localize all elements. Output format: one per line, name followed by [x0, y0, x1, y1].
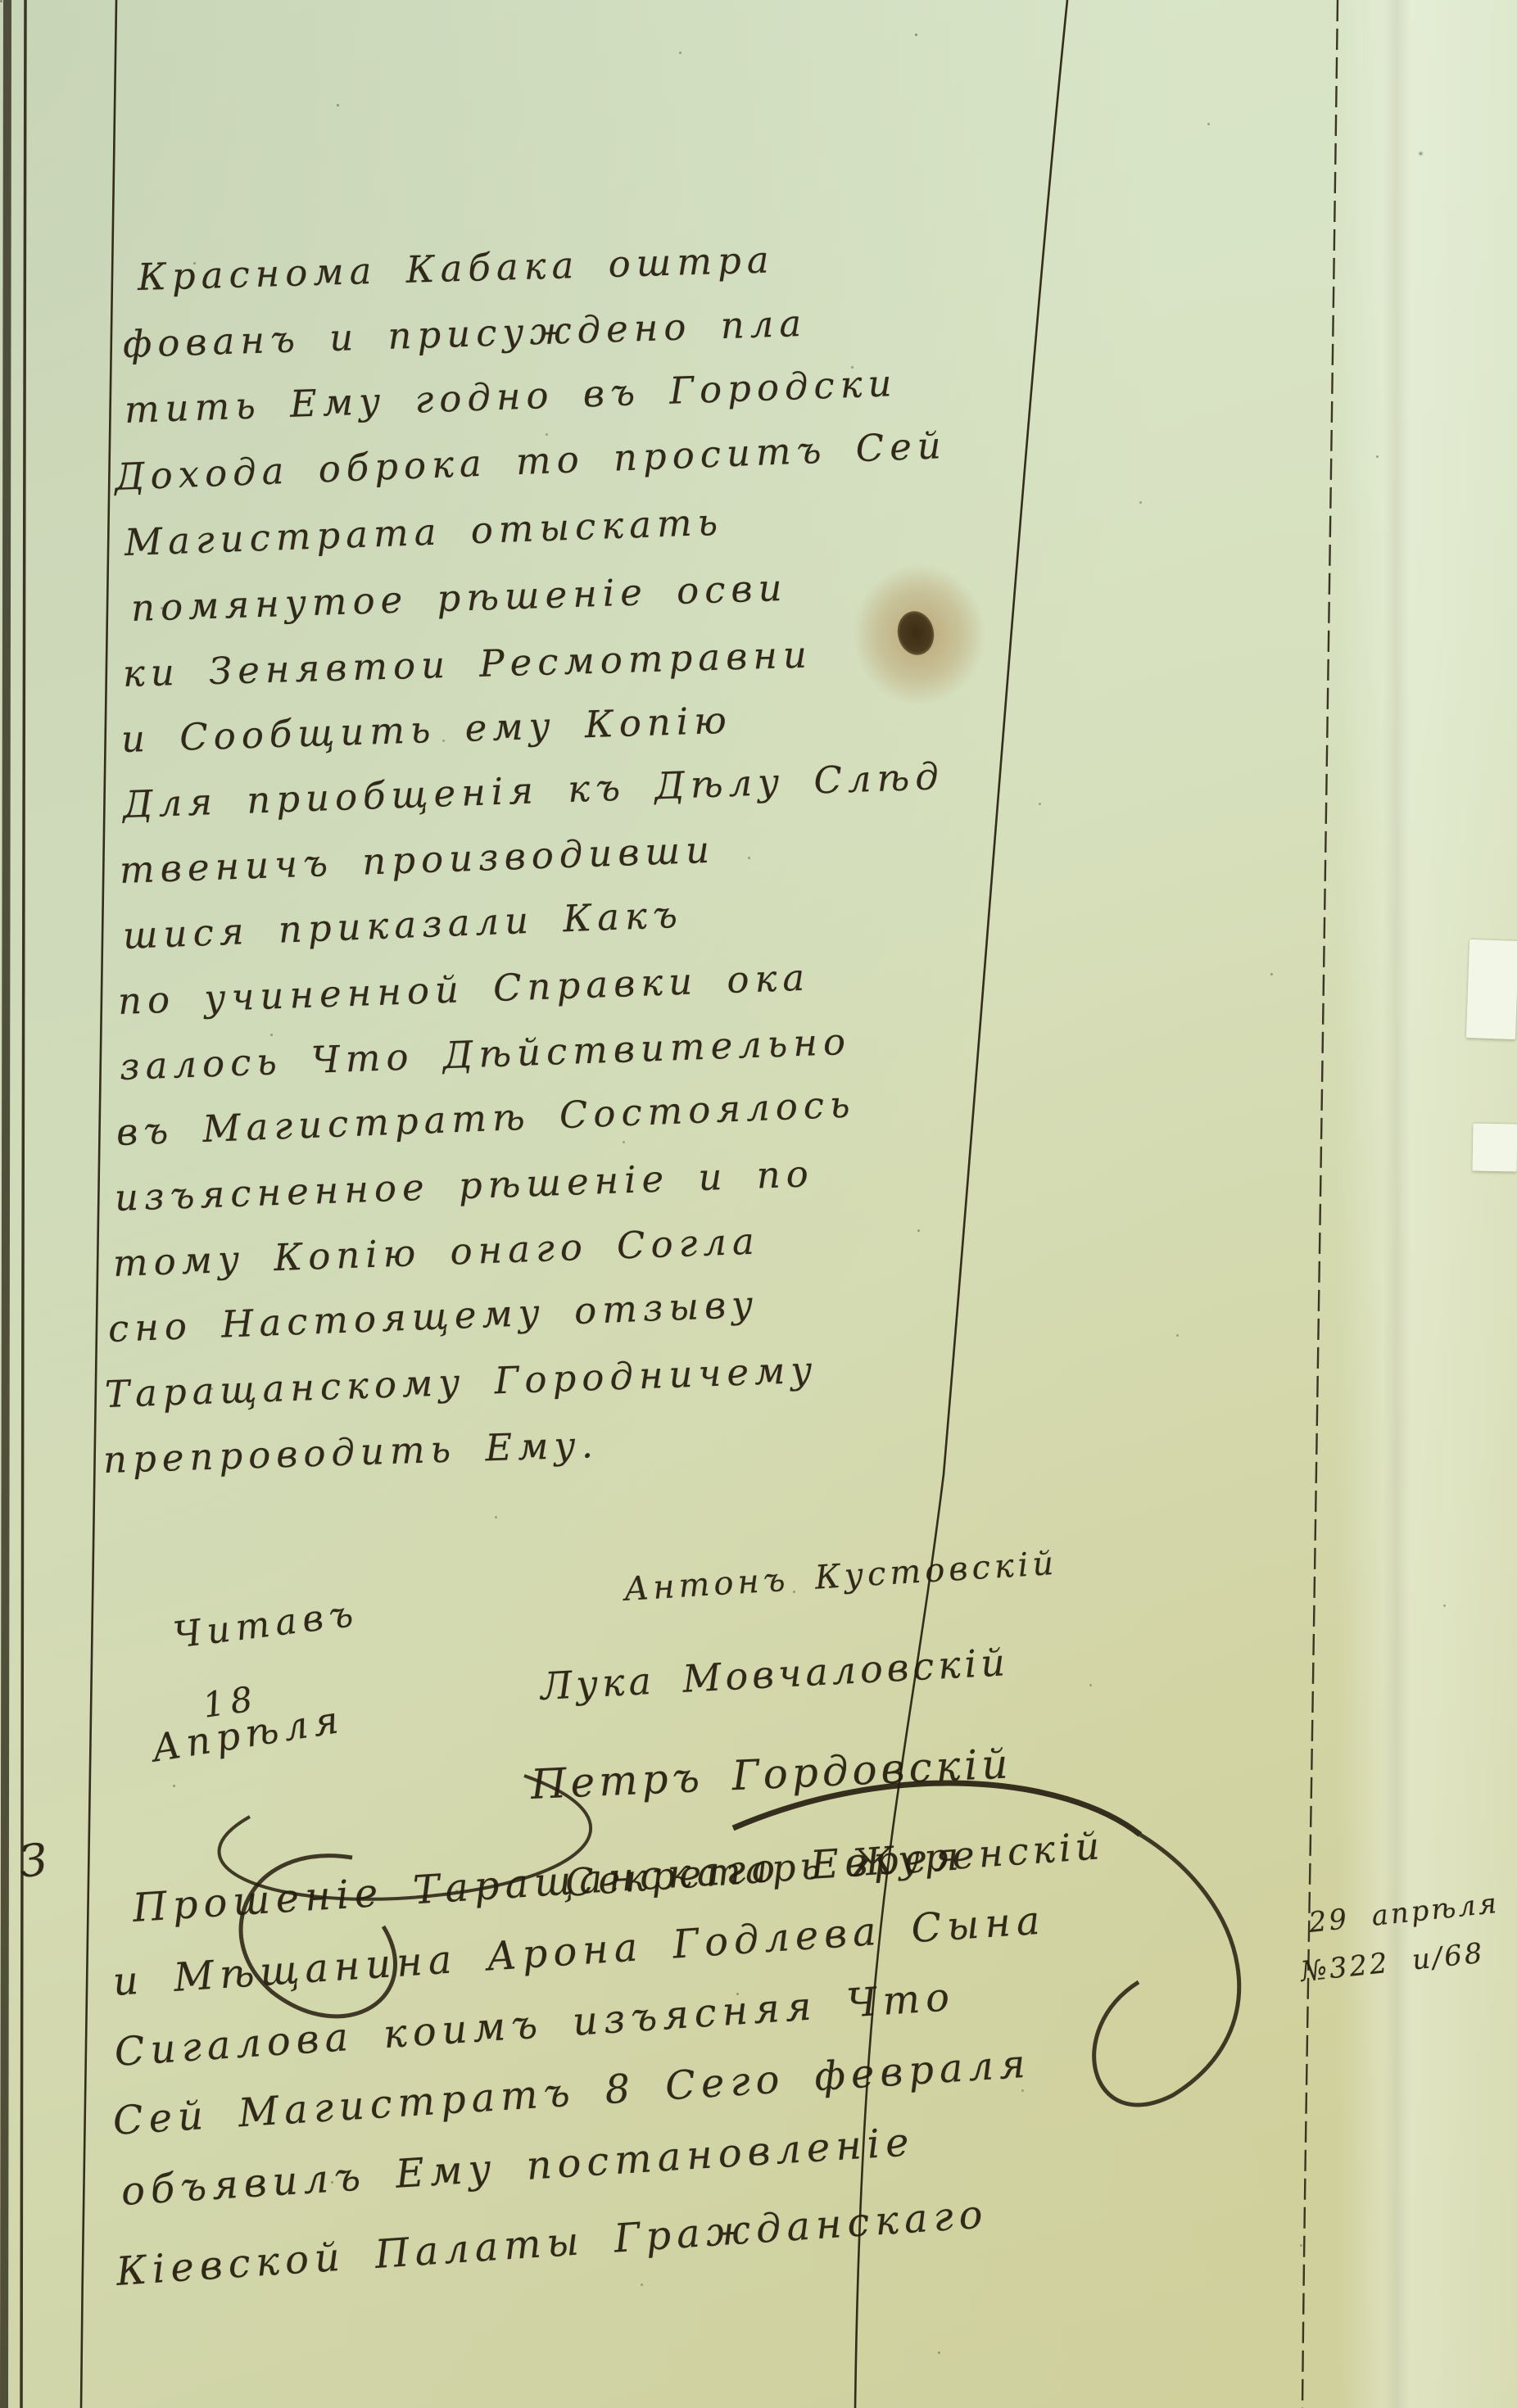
- repair-tape: [1466, 939, 1517, 1039]
- manuscript-page: Краснома Кабака оштра фованъ и присужден…: [0, 0, 1517, 2408]
- secretary-loop-stroke: [1094, 1835, 1239, 2105]
- left-page-edge-line: [4, 0, 7, 2408]
- fold-edge-line: [1302, 0, 1338, 2408]
- left-inner-line: [21, 0, 25, 2408]
- repair-tape: [1472, 1124, 1517, 1172]
- entry-number: З: [17, 1833, 56, 1888]
- margin-column-line: [81, 0, 116, 2408]
